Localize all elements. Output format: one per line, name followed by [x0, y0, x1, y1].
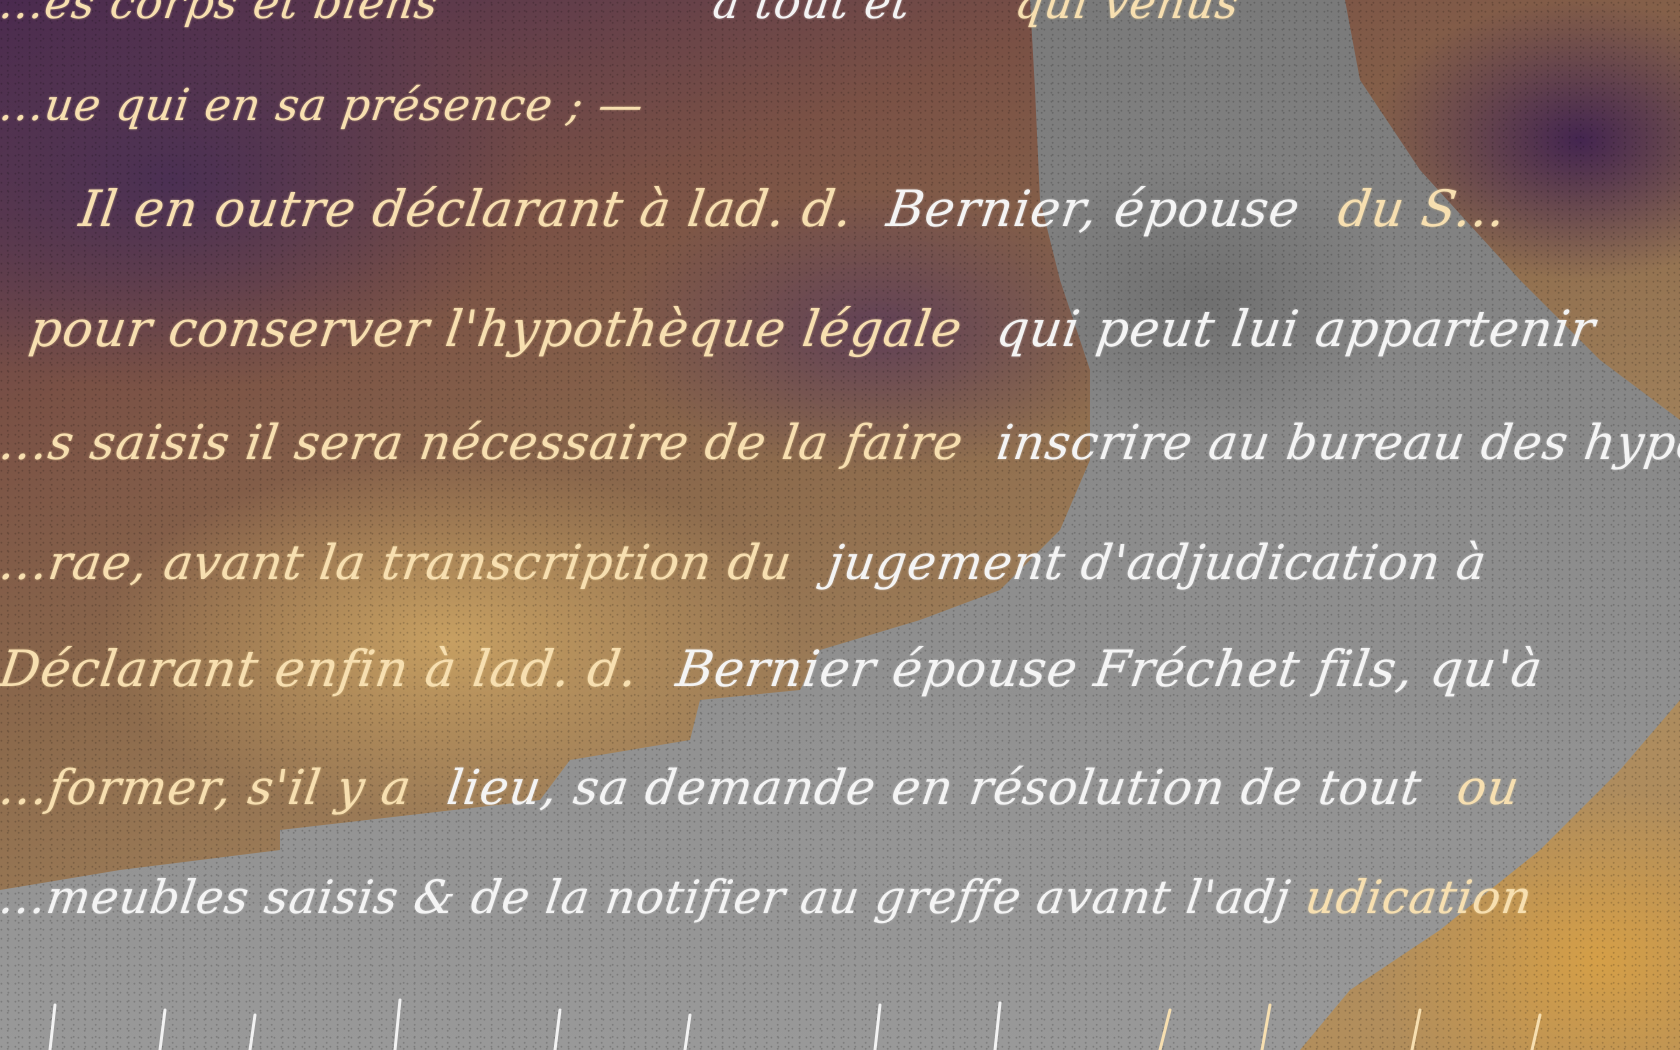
line-text-grey: Bernier, épouse — [883, 180, 1304, 238]
manuscript-line-8: ...former, s'il y a lieu, sa demande en … — [0, 760, 1523, 816]
line-text-warm: ...former, s'il y a — [0, 760, 415, 816]
manuscript-page: ...es corps et biens à tout et qui venus… — [0, 0, 1680, 1050]
line-text-warm-right: ou — [1454, 760, 1524, 816]
line-text-warm-right: qui venus — [1012, 0, 1243, 29]
ink-strokes-icon — [0, 985, 1680, 1050]
manuscript-line-9: ...meubles saisis & de la notifier au gr… — [0, 870, 1536, 924]
line-text-grey: à tout et — [710, 0, 914, 29]
line-text-warm: Il en outre déclarant à lad. d. — [76, 180, 857, 238]
line-text-warm: pour conserver l'hypothèque légale — [26, 300, 966, 358]
bottom-partial-strokes — [0, 985, 1680, 1050]
line-text-grey: inscrire au bureau des hypo — [993, 415, 1680, 471]
line-text-warm: Déclarant enfin à lad. d. — [0, 640, 642, 698]
line-text-grey: qui peut lui appartenir — [993, 300, 1599, 358]
line-text-warm-right: udication — [1302, 870, 1536, 924]
manuscript-line-2: ...ue qui en sa présence ; — — [0, 80, 647, 131]
line-text-warm: ...rae, avant la transcription du — [0, 535, 796, 591]
line-text-grey: Bernier épouse Fréchet fils, qu'à — [673, 640, 1547, 698]
line-text-warm-right: du S... — [1335, 180, 1510, 238]
line-text-warm: ...s saisis il sera nécessaire de la fai… — [0, 415, 967, 471]
manuscript-line-5: ...s saisis il sera nécessaire de la fai… — [0, 415, 1680, 471]
line-text-grey: ...meubles saisis & de la notifier au gr… — [0, 870, 1294, 924]
manuscript-line-6: ...rae, avant la transcription du jugeme… — [0, 535, 1490, 591]
manuscript-line-7: Déclarant enfin à lad. d. Bernier épouse… — [0, 640, 1546, 698]
line-text-warm: ...es corps et biens — [0, 0, 442, 29]
manuscript-line-4: pour conserver l'hypothèque légale qui p… — [26, 300, 1599, 358]
line-text-grey: jugement d'adjudication à — [824, 535, 1490, 591]
line-text-warm: ...ue qui en sa présence ; — — [0, 80, 647, 131]
manuscript-line-1: ...es corps et biens à tout et qui venus — [0, 0, 1243, 29]
manuscript-line-3: Il en outre déclarant à lad. d. Bernier,… — [76, 180, 1510, 238]
line-text-grey: lieu, sa demande en résolution de tout — [444, 760, 1426, 816]
